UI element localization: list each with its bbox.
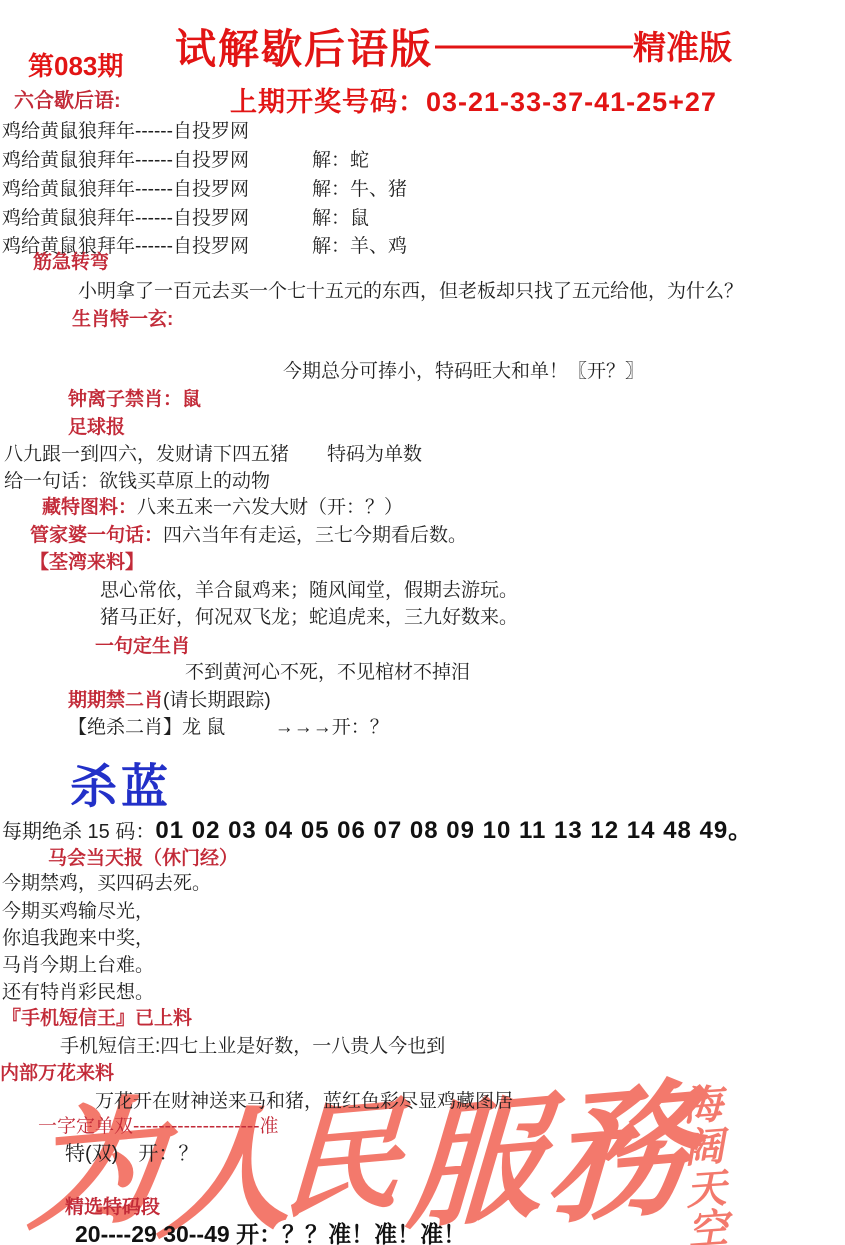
internal-tip-text: 万花开在财神送来马和猪，蓝红色彩尽显鸡藏图居 — [95, 1086, 513, 1113]
special-range-text: 20----29 30--49 开：？？准！准！准！ — [75, 1216, 466, 1245]
housekeeper-text: 四六当年有走运，三七今期看后数。 — [163, 525, 467, 546]
housekeeper-label: 管家婆一句话： — [30, 525, 163, 546]
single-double-label: 一字定单双--------------------准 — [38, 1111, 279, 1138]
watermark-char-min: 民 — [279, 1094, 405, 1225]
kill-two-arrows: →→→开：？ — [275, 717, 389, 738]
hidden-tip-label: 藏特图料： — [42, 497, 137, 518]
kill-blue-label: 每期绝杀 15 码： — [2, 821, 155, 843]
one-sentence-text: 不到黄河心不死，不见棺材不掉泪 — [185, 657, 470, 684]
hidden-tip-text: 八来五来一六发大财（开：？） — [137, 497, 403, 518]
daily-report-line: 今期禁鸡，买四码去死。 — [2, 868, 211, 895]
daily-report-label: 马会当天报（休门经） — [48, 843, 238, 870]
kill-blue-line: 每期绝杀 15 码：01 02 03 04 05 06 07 08 09 10 … — [2, 810, 753, 845]
riddle-answer: 解：羊、鸡 — [312, 231, 407, 258]
brain-teaser-label: 筋急转弯 — [33, 247, 109, 274]
riddle-section-label: 六合歇后语: — [14, 84, 121, 113]
page-title-suffix: 精准版 — [633, 22, 732, 69]
kill-two-text: 【绝杀二肖】龙 鼠 — [68, 717, 225, 738]
tsuen-wan-label: 【荃湾来料】 — [30, 547, 144, 574]
last-draw-numbers: 上期开奖号码：03-21-33-37-41-25+27 — [230, 80, 717, 119]
riddle-answer: 解：牛、猪 — [312, 174, 407, 201]
forbidden-two-note: (请长期跟踪) — [163, 690, 271, 711]
sms-king-label: 『手机短信王』已上料 — [2, 1003, 192, 1030]
watermark-vertical-hai: 海 — [681, 1085, 724, 1128]
riddle-answer: 解：蛇 — [312, 145, 369, 172]
one-sentence-label: 一句定生肖 — [95, 631, 190, 658]
housekeeper-line: 管家婆一句话：四六当年有走运，三七今期看后数。 — [30, 520, 467, 547]
watermark-vertical-kuo: 阔 — [683, 1127, 726, 1170]
watermark-char-wu: 務 — [544, 1075, 696, 1234]
hidden-tip-line: 藏特图料：八来五来一六发大财（开：？） — [42, 492, 403, 519]
riddle-answer: 解：鼠 — [312, 203, 369, 230]
riddle-row: 鸡给黄鼠狼拜年------自投罗网 解：牛、猪 — [2, 174, 602, 201]
kill-blue-numbers: 01 02 03 04 05 06 07 08 09 10 11 13 12 1… — [155, 817, 753, 844]
ban-zodiac-label: 钟离子禁肖：鼠 — [68, 384, 201, 411]
page-title-main: 试解歇后语版 — [175, 16, 433, 75]
forbidden-two-label: 期期禁二肖 — [68, 690, 163, 711]
forbidden-two-line: 期期禁二肖(请长期跟踪) — [68, 685, 271, 712]
brain-teaser-question: 小明拿了一百元去买一个七十五元的东西，但老板却只找了五元给他，为什么？ — [78, 276, 743, 303]
watermark-vertical-tian: 天 — [685, 1169, 728, 1212]
page-title: 试解歇后语版 ——————— 精准版 — [175, 16, 732, 75]
daily-report-line: 今期买鸡输尽光， — [2, 896, 154, 923]
issue-number: 第083期 — [28, 46, 123, 83]
riddle-text: 鸡给黄鼠狼拜年------自投罗网 — [2, 208, 249, 229]
zodiac-hint-label: 生肖特一玄: — [72, 304, 173, 331]
sms-king-text: 手机短信王:四七上业是好数，一八贵人今也到 — [60, 1031, 445, 1058]
tsuen-wan-line1: 思心常依，羊合鼠鸡来；随风闻堂，假期去游玩。 — [100, 575, 518, 602]
football-line2: 给一句话：欲钱买草原上的动物 — [4, 466, 270, 493]
kill-two-line: 【绝杀二肖】龙 鼠 →→→开：？ — [68, 712, 389, 739]
football-report-label: 足球报 — [68, 412, 125, 439]
tip-sheet-page: 为 人 民 服 務 海 阔 天 空 第083期 试解歇后语版 ——————— 精… — [0, 0, 845, 1245]
single-double-result: 特(双) 开：？ — [65, 1137, 198, 1166]
internal-tip-label: 内部万花来料 — [0, 1058, 114, 1085]
tsuen-wan-line2: 猪马正好，何况双飞龙；蛇追虎来，三九好数来。 — [100, 602, 518, 629]
special-range-label: 精选特码段 — [65, 1192, 160, 1219]
daily-report-line: 马肖今期上台难。 — [2, 950, 154, 977]
zodiac-hint-text: 今期总分可捧小，特码旺大和单！〖开？〗 — [283, 356, 644, 383]
watermark-vertical-kong: 空 — [687, 1209, 730, 1245]
riddle-text: 鸡给黄鼠狼拜年------自投罗网 — [2, 179, 249, 200]
riddle-text: 鸡给黄鼠狼拜年------自投罗网 — [2, 121, 249, 142]
riddle-text: 鸡给黄鼠狼拜年------自投罗网 — [2, 150, 249, 171]
football-line1: 八九跟一到四六，发财请下四五猪 特码为单数 — [4, 439, 422, 466]
riddle-row: 鸡给黄鼠狼拜年------自投罗网 解：蛇 — [2, 145, 602, 172]
riddle-row: 鸡给黄鼠狼拜年------自投罗网 解：鼠 — [2, 203, 602, 230]
riddle-row: 鸡给黄鼠狼拜年------自投罗网 — [2, 116, 602, 143]
daily-report-line: 还有特肖彩民想。 — [2, 977, 154, 1004]
kill-blue-title: 杀蓝 — [70, 750, 172, 817]
daily-report-line: 你追我跑来中奖， — [2, 923, 154, 950]
page-title-dashes: ——————— — [435, 29, 631, 63]
